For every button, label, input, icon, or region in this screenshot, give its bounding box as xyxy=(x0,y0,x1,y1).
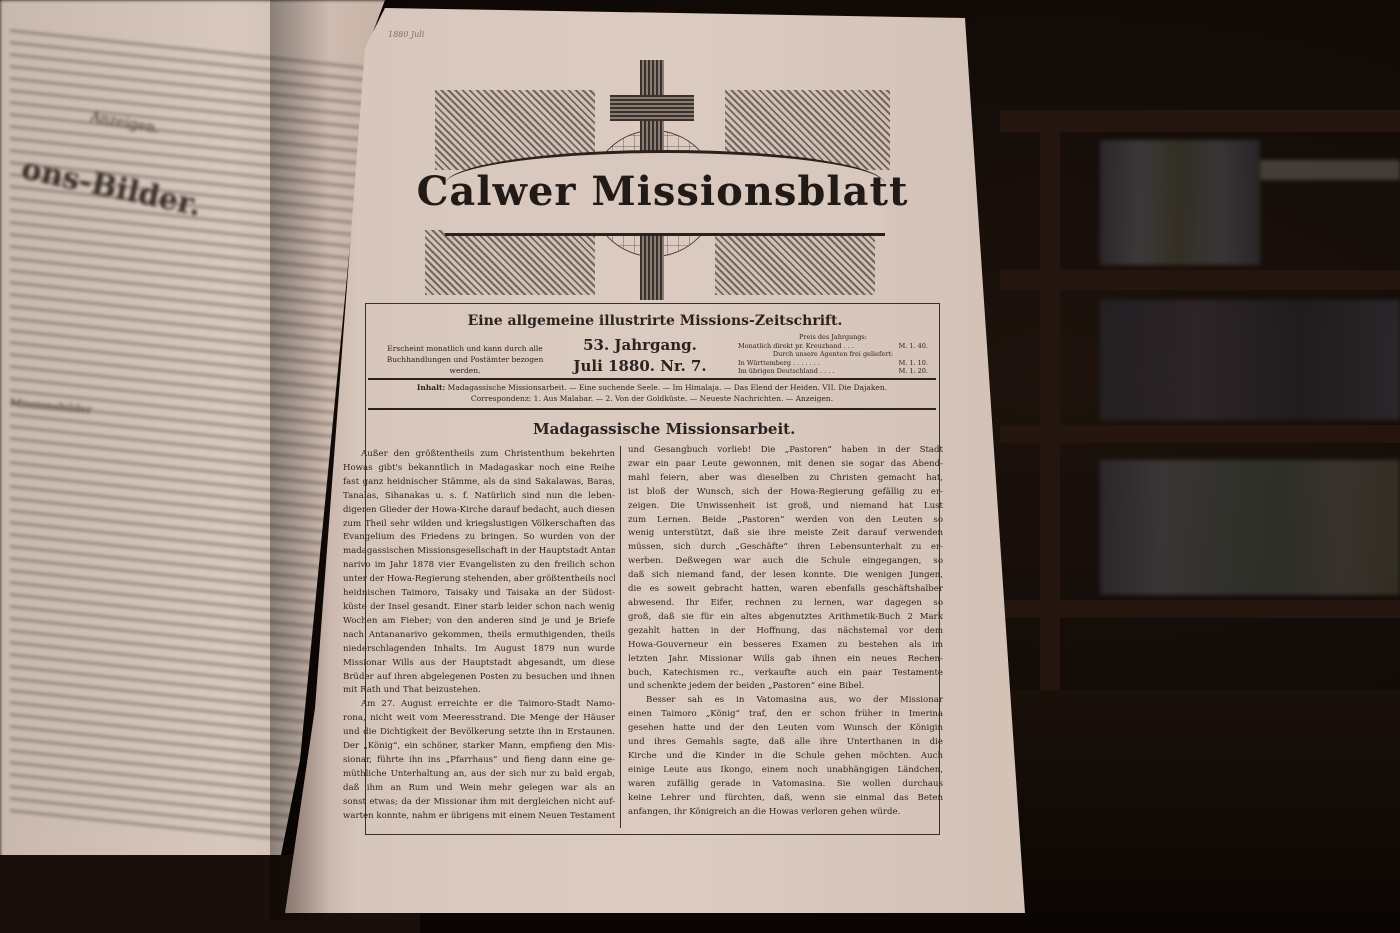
article-line: werben. Deßwegen war auch die Schule ein… xyxy=(628,555,943,569)
divider xyxy=(368,378,936,380)
article-line: narivo im Jahr 1878 vier Evangelisten zu… xyxy=(343,559,615,573)
bookshelf-board xyxy=(1000,600,1400,618)
article-line: gesehen hatte und der den Leuten vom Wun… xyxy=(628,722,943,736)
article-line: sonst etwas; da der Missionar ihm mit de… xyxy=(343,796,615,810)
shelf-books xyxy=(1100,140,1260,265)
article-line: müthliche Unterhaltung an, aus der sich … xyxy=(343,768,615,782)
article-line: ist bloß der Wunsch, sich der Howa-Regie… xyxy=(628,486,943,500)
price-row: Im übrigen Deutschland . . . .M. 1. 20. xyxy=(738,367,928,376)
article-line: gezahlt hatten in der Hoffnung, das näch… xyxy=(628,625,943,639)
table-of-contents: Inhalt: Madagassische Missionsarbeit. — … xyxy=(372,382,932,404)
article-line: Howa-Gouverneur ein besseres Examen zu b… xyxy=(628,639,943,653)
article-line: Brüder auf ihren abgelegenen Posten zu b… xyxy=(343,671,615,685)
article-line: wenig unterstützt, daß sie ihre meiste Z… xyxy=(628,527,943,541)
article-line: Am 27. August erreichte er die Taimoro-S… xyxy=(343,698,615,712)
article-line: waren zufällig gerade in Vatomasina. Sie… xyxy=(628,778,943,792)
handwritten-note: 1880 Juli xyxy=(388,30,424,39)
article-line: Besser sah es in Vatomasina aus, wo der … xyxy=(628,694,943,708)
contents-label: Inhalt: xyxy=(417,383,445,392)
article-line: Außer den größtentheils zum Christenthum… xyxy=(343,448,615,462)
article-line: sionar, führte ihn ins „Pfarrhaus“ und f… xyxy=(343,754,615,768)
issue-date: Juli 1880. Nr. 7. xyxy=(560,357,720,375)
article-line: daß sich niemand fand, der lesen konnte.… xyxy=(628,569,943,583)
shelf-books xyxy=(1100,300,1400,420)
bookshelf-board xyxy=(1000,270,1400,290)
article-line: daß ihm an Rum und Wein mehr gelegen war… xyxy=(343,782,615,796)
article-line: und die Dichtigkeit der Bevölkerung setz… xyxy=(343,726,615,740)
article-line: die es soweit gebracht hatten, waren ebe… xyxy=(628,583,943,597)
article-line: madagassischen Missionsgesellschaft in d… xyxy=(343,545,615,559)
article-column-1: Außer den größtentheils zum Christenthum… xyxy=(343,448,615,823)
article-line: nach Antananarivo gekommen, theils ermut… xyxy=(343,629,615,643)
article-line: buch, Katechismen rc., verkaufte auch ei… xyxy=(628,667,943,681)
article-line: Missionar Wills aus der Hauptstadt abges… xyxy=(343,657,615,671)
article-line: rona, nicht weit vom Meeresstrand. Die M… xyxy=(343,712,615,726)
article-line: küste der Insel gesandt. Einer starb lei… xyxy=(343,601,615,615)
article-line: groß, daß sie für ein altes abgenutztes … xyxy=(628,611,943,625)
price-row: In Württemberg . . . . . . .M. 1. 10. xyxy=(738,359,928,368)
article-line: niederschlagenden Inhalts. Im August 187… xyxy=(343,643,615,657)
article-line: Tanalas, Sihanakas u. s. f. Natürlich si… xyxy=(343,490,615,504)
article-line: anfangen, ihr Königreich an die Howas ve… xyxy=(628,806,943,820)
column-separator xyxy=(620,446,621,828)
article-line: Der „König“, ein schöner, starker Mann, … xyxy=(343,740,615,754)
article-line: einen Taimoro „König“ traf, den er schon… xyxy=(628,708,943,722)
article-line: Evangelium des Friedens zu bringen. So w… xyxy=(343,531,615,545)
price-row: Durch unsere Agenten frei geliefert: xyxy=(738,350,928,359)
cross-icon-bar xyxy=(610,95,694,121)
article-line: digeren Glieder der Howa-Kirche darauf b… xyxy=(343,504,615,518)
article-line: zum Lernen. Beide „Pastoren“ werden von … xyxy=(628,514,943,528)
table-surface xyxy=(960,690,1400,933)
price-table: Preis des Jahrgangs: Monatlich direkt pr… xyxy=(738,333,928,376)
article-line: letzten Jahr. Missionar Wills gab ihnen … xyxy=(628,653,943,667)
article-line: mahl feiern, aber was dieselben zu Chris… xyxy=(628,472,943,486)
article-line: abwesend. Ihr Eifer, rechnen zu lernen, … xyxy=(628,597,943,611)
volume-number: 53. Jahrgang. xyxy=(560,336,720,354)
masthead-subtitle: Eine allgemeine illustrirte Missions-Zei… xyxy=(440,313,870,329)
article-line: zwar ein paar Leute gewonnen, mit denen … xyxy=(628,458,943,472)
shelf-books xyxy=(1100,460,1400,595)
article-line: warten konnte, nahm er übrigens mit eine… xyxy=(343,810,615,824)
price-heading: Preis des Jahrgangs: xyxy=(738,333,928,342)
article-line: und ihres Gemahls sagte, daß alle ihre U… xyxy=(628,736,943,750)
publication-info: Erscheint monatlich und kann durch alle … xyxy=(375,343,555,376)
article-line: unter der Howa-Regierung stehenden, aber… xyxy=(343,573,615,587)
gutter-shadow xyxy=(270,0,330,920)
masthead-illustration: Calwer Missionsblatt xyxy=(385,50,940,300)
article-line: zum Theil sehr wilden und kriegslustigen… xyxy=(343,518,615,532)
bookshelf-board xyxy=(1000,425,1400,443)
article-line: fast ganz heidnischer Stämme, als da sin… xyxy=(343,476,615,490)
article-line: Wochen am Fieber; von den anderen sind j… xyxy=(343,615,615,629)
article-line: keine Lehrer und fürchten, daß, wenn sie… xyxy=(628,792,943,806)
article-line: Howas gibt's bekanntlich in Madagaskar n… xyxy=(343,462,615,476)
article-line: und schenkte jedem der beiden „Pastoren“… xyxy=(628,680,943,694)
article-line: müssen, sich durch „Geschäfte“ ihren Leb… xyxy=(628,541,943,555)
bookshelf-top-board xyxy=(1000,110,1400,132)
article-line: Kirche und die Kinder in die Schule gehe… xyxy=(628,750,943,764)
shelf-books xyxy=(1260,160,1400,180)
engraving-scene-bottom-left xyxy=(425,230,595,295)
divider xyxy=(368,408,936,410)
article-column-2: und Gesangbuch vorlieb! Die „Pastoren“ h… xyxy=(628,444,943,819)
price-row: Monatlich direkt pr. Kreuzband . . .M. 1… xyxy=(738,342,928,351)
masthead-title: Calwer Missionsblatt xyxy=(385,168,940,215)
article-title: Madagassische Missionsarbeit. xyxy=(533,420,795,438)
article-line: mit Rath und That beizustehen. xyxy=(343,684,615,698)
article-line: heidnischen Taimoro, Taisaky und Taisaka… xyxy=(343,587,615,601)
article-line: zeigen. Die Unwissenheit ist groß, und n… xyxy=(628,500,943,514)
article-line: einige Leute aus Ikongo, einem noch unab… xyxy=(628,764,943,778)
article-line: und Gesangbuch vorlieb! Die „Pastoren“ h… xyxy=(628,444,943,458)
bookshelf-side xyxy=(1040,110,1060,690)
